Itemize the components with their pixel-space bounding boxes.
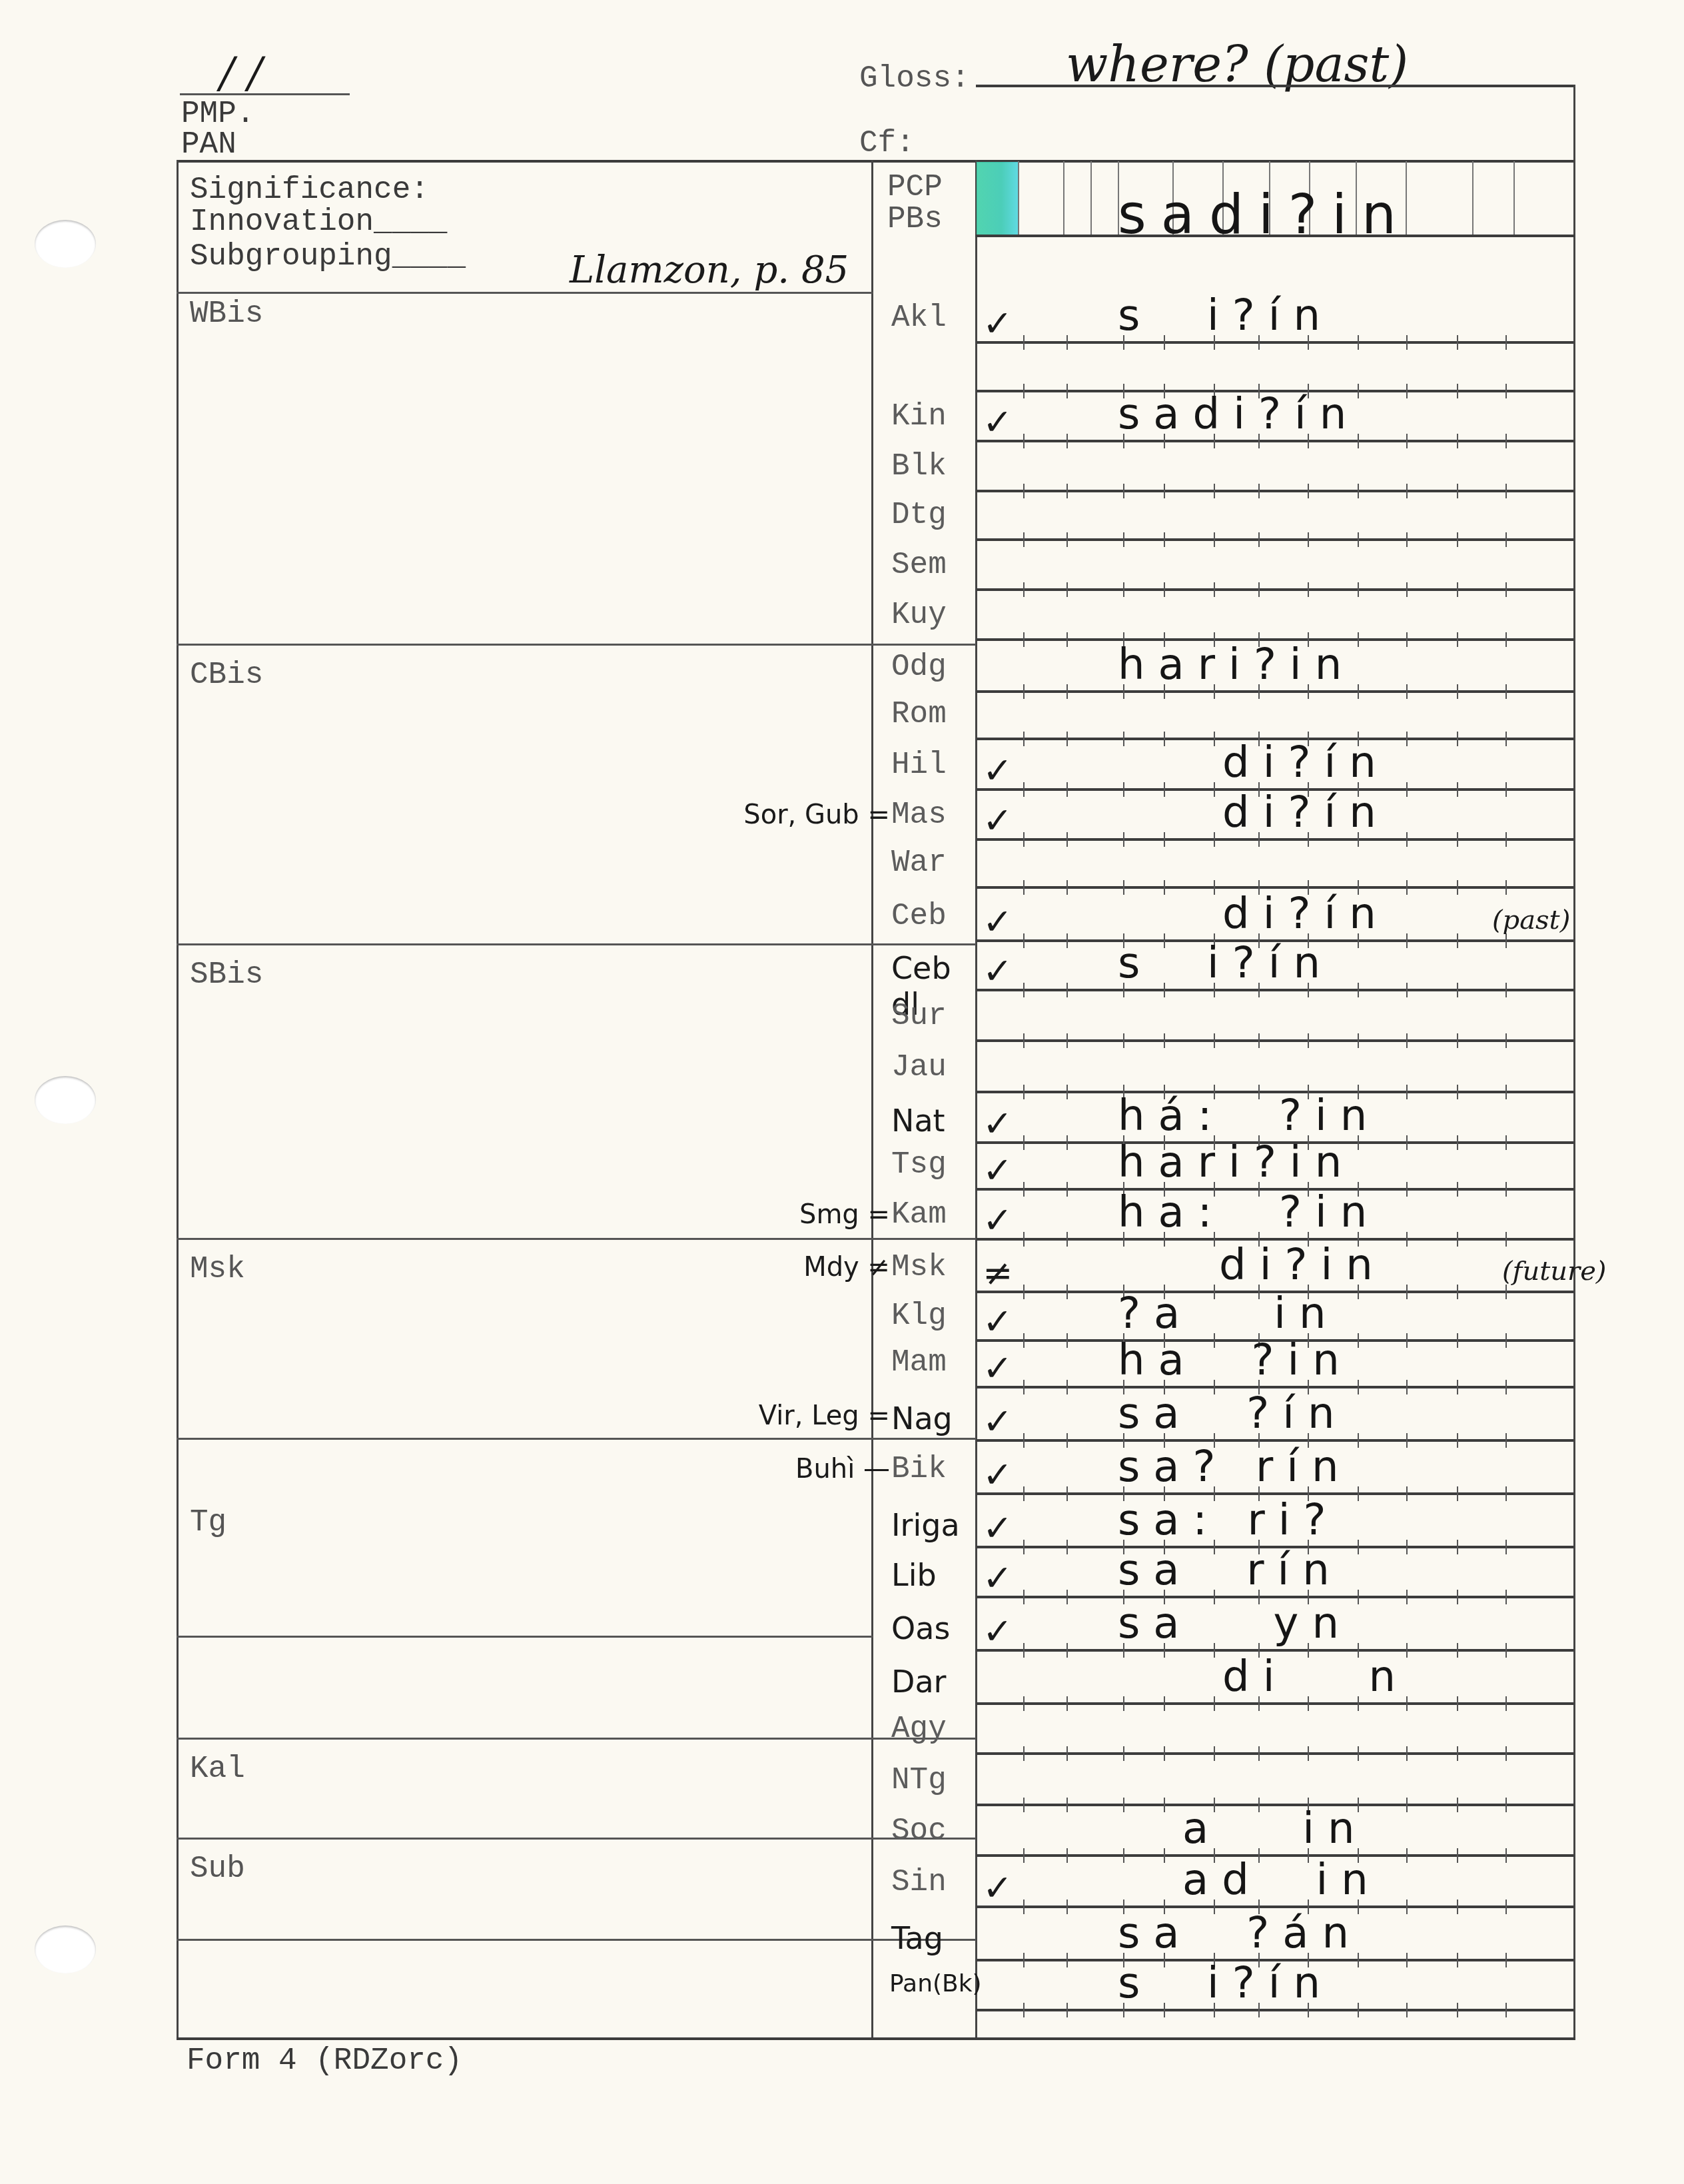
group-divider [177, 1238, 976, 1240]
cell-tick [1505, 983, 1507, 997]
cell-tick [1023, 1746, 1025, 1761]
cell-tick [1505, 532, 1507, 547]
cognate-form[interactable]: sa? rín [1118, 1446, 1352, 1488]
check-icon[interactable]: ✓ [983, 1557, 1013, 1599]
cognate-form[interactable]: hari?in [1118, 644, 1355, 686]
frame-left [177, 160, 179, 2040]
cell-tick [1457, 1380, 1458, 1394]
language-label: Bik [891, 1454, 978, 1484]
cell-tick [1066, 1590, 1068, 1604]
cell-tick [1164, 782, 1165, 797]
cell-divider [1018, 161, 1019, 236]
check-icon[interactable]: ✓ [983, 901, 1013, 943]
cell-tick [1457, 1232, 1458, 1247]
language-label: Dar [891, 1664, 978, 1700]
language-label: Sin [891, 1867, 978, 1898]
gloss-value[interactable]: where? (past) [1066, 40, 1408, 89]
cognate-form[interactable]: sa yn [1118, 1602, 1352, 1645]
cell-tick [1505, 632, 1507, 647]
group-divider [177, 943, 976, 945]
language-label: Sur [891, 1001, 978, 1031]
cell-tick [1023, 832, 1025, 847]
reconstruction-row-bottom [975, 235, 1575, 237]
cognate-form[interactable]: s i?ín [1118, 942, 1334, 985]
cell-tick [1308, 1033, 1309, 1048]
cell-tick [1258, 484, 1260, 498]
group-divider [177, 644, 976, 646]
cell-tick [1066, 434, 1068, 448]
group-label-sbis: SBis [190, 959, 263, 990]
cell-tick [1406, 1433, 1408, 1448]
cell-tick [1406, 2003, 1408, 2017]
equivalence-note: Mdy ≠ [803, 1252, 890, 1283]
cell-tick [1406, 1746, 1408, 1761]
check-icon[interactable]: ✓ [983, 1199, 1013, 1241]
cell-tick [1457, 632, 1458, 647]
cognate-form[interactable]: di?ín [1222, 792, 1390, 834]
cell-tick [1457, 983, 1458, 997]
cell-tick [1023, 384, 1025, 398]
significance-divider [177, 292, 873, 294]
cell-tick [1505, 1486, 1507, 1501]
check-icon[interactable]: ✓ [983, 1867, 1013, 1909]
cell-tick [1457, 582, 1458, 597]
cell-tick [1066, 1900, 1068, 1914]
group-divider [177, 1438, 976, 1440]
cell-tick [1406, 1033, 1408, 1048]
cell-tick [1505, 1333, 1507, 1348]
cell-tick [1066, 1798, 1068, 1812]
cell-tick [1406, 880, 1408, 895]
cell-tick [1066, 1085, 1068, 1099]
cell-tick [1066, 933, 1068, 948]
cell-tick [1505, 1953, 1507, 1967]
cell-tick [1023, 782, 1025, 797]
cell-tick [1066, 684, 1068, 699]
cell-tick [1457, 1848, 1458, 1863]
cell-tick [1214, 880, 1215, 895]
cell-tick [1214, 532, 1215, 547]
subgrouping-label[interactable]: Subgrouping____ [190, 241, 466, 272]
check-icon[interactable]: ✓ [983, 1149, 1013, 1191]
cell-tick [1164, 532, 1165, 547]
cell-tick [1123, 1746, 1124, 1761]
cell-tick [1505, 1590, 1507, 1604]
cell-tick [1406, 1798, 1408, 1812]
language-label: Blk [891, 451, 978, 482]
cell-tick [1123, 1848, 1124, 1863]
cell-tick [1457, 1540, 1458, 1554]
cell-tick [1164, 832, 1165, 847]
cell-tick [1406, 484, 1408, 498]
cell-tick [1123, 484, 1124, 498]
cell-tick [1406, 1232, 1408, 1247]
cell-tick [1214, 1746, 1215, 1761]
cell-tick [1505, 1746, 1507, 1761]
cognate-form[interactable]: s i?ín [1118, 1962, 1334, 2005]
cognate-form[interactable]: sa ?án [1118, 1912, 1362, 1955]
cell-tick [1358, 1433, 1359, 1448]
cell-tick [1505, 484, 1507, 498]
cell-tick [1358, 335, 1359, 350]
cell-tick [1505, 1696, 1507, 1711]
cell-tick [1457, 1135, 1458, 1150]
frame-bottom [177, 2037, 1575, 2040]
form-id: Form 4 (RDZorc) [187, 2045, 462, 2076]
cell-tick [1066, 1135, 1068, 1150]
pcp-label: PCP [887, 172, 943, 203]
cognate-form[interactable]: a in [1182, 1808, 1368, 1850]
cell-tick [1308, 1746, 1309, 1761]
check-icon[interactable]: ✓ [983, 401, 1013, 443]
pbs-label: PBs [887, 204, 943, 235]
cell-tick [1023, 1540, 1025, 1554]
language-label: Oas [891, 1610, 978, 1646]
cell-tick [1406, 632, 1408, 647]
cell-tick [1066, 1746, 1068, 1761]
cell-tick [1457, 335, 1458, 350]
cell-tick [1066, 1696, 1068, 1711]
language-label: Hil [891, 750, 978, 780]
cell-tick [1358, 1540, 1359, 1554]
group-divider [177, 1838, 976, 1840]
cell-tick [1406, 1953, 1408, 1967]
cell-tick [1457, 1333, 1458, 1348]
not-cognate-icon[interactable]: ≠ [983, 1252, 1013, 1294]
language-label: Sem [891, 550, 978, 580]
cell-tick [1066, 1033, 1068, 1048]
cell-tick [1023, 1135, 1025, 1150]
cognate-form[interactable]: há: ?in [1118, 1095, 1380, 1137]
cell-tick [1066, 582, 1068, 597]
cell-tick [1505, 782, 1507, 797]
cell-divider [1513, 161, 1515, 236]
cognate-form[interactable]: di?ín [1222, 742, 1390, 784]
cell-tick [1505, 1033, 1507, 1048]
row-comment: (past) [1492, 905, 1570, 935]
cell-tick [1457, 1590, 1458, 1604]
highlight-marker [977, 162, 1018, 237]
cell-tick [1023, 2003, 1025, 2017]
cell-tick [1457, 1696, 1458, 1711]
cell-tick [1023, 1590, 1025, 1604]
cell-tick [1358, 1333, 1359, 1348]
cell-tick [1505, 880, 1507, 895]
cognate-form[interactable]: ?a in [1118, 1293, 1340, 1335]
cell-tick [1023, 732, 1025, 746]
check-icon[interactable]: ✓ [983, 302, 1013, 344]
cell-tick [1023, 1333, 1025, 1348]
source-note: Llamzon, p. 85 [570, 252, 849, 289]
cell-tick [1066, 983, 1068, 997]
cell-tick [1214, 832, 1215, 847]
cell-tick [1123, 1696, 1124, 1711]
cell-tick [1505, 1848, 1507, 1863]
cell-tick [1214, 782, 1215, 797]
language-label: Nag [891, 1400, 978, 1436]
cell-tick [1123, 732, 1124, 746]
cell-tick [1406, 1285, 1408, 1299]
reconstruction-marks: / / [220, 52, 262, 95]
cell-tick [1406, 1590, 1408, 1604]
cell-tick [1164, 1746, 1165, 1761]
check-icon[interactable]: ✓ [983, 1301, 1013, 1343]
check-icon[interactable]: ✓ [983, 800, 1013, 841]
cell-tick [1023, 1285, 1025, 1299]
cognate-form[interactable]: ha: ?in [1118, 1191, 1380, 1234]
cell-tick [1023, 933, 1025, 948]
cell-tick [1066, 1182, 1068, 1197]
cell-tick [1505, 1135, 1507, 1150]
language-label: Ceb [891, 901, 978, 931]
language-label: Tag [891, 1920, 978, 1956]
cell-tick [1358, 2003, 1359, 2017]
cell-tick [1023, 1380, 1025, 1394]
cell-tick [1023, 632, 1025, 647]
reconstruction-underline [180, 93, 350, 95]
language-label: Akl [891, 302, 978, 333]
cell-tick [1023, 1900, 1025, 1914]
cognate-form[interactable]: hari?in [1118, 1141, 1355, 1184]
cell-tick [1406, 1085, 1408, 1099]
cell-tick [1457, 1486, 1458, 1501]
cell-tick [1505, 384, 1507, 398]
cell-tick [1023, 582, 1025, 597]
cell-tick [1066, 782, 1068, 797]
language-label: War [891, 847, 978, 878]
cell-tick [1358, 532, 1359, 547]
cell-tick [1164, 732, 1165, 746]
cell-tick [1505, 1540, 1507, 1554]
cell-tick [1505, 1285, 1507, 1299]
cell-tick [1406, 1135, 1408, 1150]
cognate-form[interactable]: ad in [1182, 1859, 1382, 1902]
language-label: Agy [891, 1714, 978, 1744]
cell-tick [1023, 1953, 1025, 1967]
cell-tick [1023, 1696, 1025, 1711]
cell-tick [1164, 1798, 1165, 1812]
cell-tick [1505, 1643, 1507, 1658]
cell-tick [1406, 335, 1408, 350]
cell-tick [1406, 782, 1408, 797]
cell-tick [1023, 684, 1025, 699]
cell-tick [1457, 1953, 1458, 1967]
cell-tick [1457, 1085, 1458, 1099]
cell-tick [1066, 484, 1068, 498]
cell-tick [1406, 1333, 1408, 1348]
cell-tick [1023, 1798, 1025, 1812]
cognate-form[interactable]: sa ?ín [1118, 1392, 1348, 1435]
cell-tick [1066, 1380, 1068, 1394]
language-label: Klg [891, 1301, 978, 1331]
cell-tick [1358, 983, 1359, 997]
cell-tick [1457, 1643, 1458, 1658]
cell-tick [1505, 434, 1507, 448]
cell-tick [1023, 434, 1025, 448]
check-icon[interactable]: ✓ [983, 950, 1013, 992]
cell-tick [1457, 484, 1458, 498]
cell-tick [1023, 983, 1025, 997]
cell-tick [1023, 1486, 1025, 1501]
cell-tick [1505, 1900, 1507, 1914]
binder-hole-middle [35, 1076, 96, 1124]
cell-tick [1457, 732, 1458, 746]
language-label: Mam [891, 1347, 978, 1378]
cell-tick [1066, 732, 1068, 746]
cognate-form[interactable]: s i?ín [1118, 294, 1334, 337]
group-label-sub: Sub [190, 1854, 245, 1884]
cell-tick [1457, 1798, 1458, 1812]
cell-tick [1258, 532, 1260, 547]
language-label: Pan(Bk) [889, 1970, 976, 1997]
group-label-wbis: WBis [190, 298, 263, 329]
group-divider [177, 1636, 873, 1638]
equivalence-note: Sor, Gub = [743, 800, 890, 830]
cell-tick [1505, 1232, 1507, 1247]
cell-tick [1023, 1182, 1025, 1197]
cell-tick [1358, 1486, 1359, 1501]
cell-tick [1123, 782, 1124, 797]
cell-tick [1457, 384, 1458, 398]
gloss-label: Gloss: [859, 63, 970, 94]
label-column-left [871, 160, 873, 2040]
cell-tick [1406, 384, 1408, 398]
cell-tick [1164, 1033, 1165, 1048]
cell-tick [1023, 1848, 1025, 1863]
group-divider [177, 1939, 976, 1941]
language-label: Kuy [891, 600, 978, 630]
frame-right [1573, 85, 1575, 2040]
cell-tick [1066, 1540, 1068, 1554]
innovation-label[interactable]: Innovation____ [190, 207, 447, 237]
cell-tick [1457, 1182, 1458, 1197]
cell-tick [1214, 1033, 1215, 1048]
cognate-form[interactable]: di?ín [1222, 893, 1390, 935]
cell-tick [1258, 582, 1260, 597]
cell-tick [1123, 832, 1124, 847]
check-icon[interactable]: ✓ [983, 1454, 1013, 1496]
cell-tick [1457, 532, 1458, 547]
cognate-form[interactable]: di?in [1219, 1244, 1386, 1287]
equivalence-note: Smg = [799, 1199, 890, 1230]
group-label-tg: Tg [190, 1507, 226, 1538]
cell-tick [1406, 1900, 1408, 1914]
cell-tick [1164, 484, 1165, 498]
cell-tick [1505, 1798, 1507, 1812]
cognate-form[interactable]: di n [1222, 1656, 1409, 1698]
cell-tick [1023, 1433, 1025, 1448]
cell-tick [1406, 732, 1408, 746]
cell-tick [1505, 1380, 1507, 1394]
binder-hole-bottom [35, 1925, 96, 1973]
cell-tick [1123, 582, 1124, 597]
language-label: Kam [891, 1199, 978, 1230]
cell-tick [1214, 732, 1215, 746]
cell-tick [1123, 1033, 1124, 1048]
check-icon[interactable]: ✓ [983, 750, 1013, 792]
cell-tick [1066, 335, 1068, 350]
group-divider [177, 1738, 976, 1740]
significance-title: Significance: [190, 175, 429, 205]
cell-tick [1023, 1232, 1025, 1247]
cell-tick [1066, 632, 1068, 647]
cell-tick [1123, 532, 1124, 547]
cell-divider [1472, 161, 1473, 236]
cell-tick [1123, 1798, 1124, 1812]
cell-tick [1358, 1033, 1359, 1048]
language-label: NTg [891, 1765, 978, 1796]
cell-tick [1023, 335, 1025, 350]
cell-tick [1023, 880, 1025, 895]
language-label: Mas [891, 800, 978, 830]
cell-tick [1023, 1033, 1025, 1048]
cell-tick [1066, 1232, 1068, 1247]
cell-tick [1164, 1696, 1165, 1711]
language-label: Jau [891, 1052, 978, 1083]
cell-tick [1457, 2003, 1458, 2017]
cognate-form[interactable]: sa: ri? [1118, 1499, 1340, 1542]
language-label: Lib [891, 1557, 978, 1593]
cell-tick [1406, 1540, 1408, 1554]
check-icon[interactable]: ✓ [983, 1103, 1013, 1145]
cell-tick [1406, 582, 1408, 597]
language-label: Nat [891, 1103, 978, 1139]
cell-tick [1406, 1182, 1408, 1197]
cell-tick [1066, 1433, 1068, 1448]
cognate-form[interactable]: ha ?in [1118, 1339, 1353, 1382]
language-label: Odg [891, 652, 978, 682]
cell-tick [1358, 484, 1359, 498]
cell-tick [1023, 1085, 1025, 1099]
cell-tick [1457, 684, 1458, 699]
language-label: Kin [891, 401, 978, 432]
cell-tick [1066, 1848, 1068, 1863]
cell-tick [1505, 2003, 1507, 2017]
cell-tick [1457, 1433, 1458, 1448]
cell-tick [1457, 1900, 1458, 1914]
cell-tick [1358, 632, 1359, 647]
cell-tick [1457, 933, 1458, 948]
cell-tick [1457, 1033, 1458, 1048]
cell-tick [1406, 684, 1408, 699]
check-icon[interactable]: ✓ [983, 1610, 1013, 1652]
cell-tick [1406, 983, 1408, 997]
gloss-underline [976, 85, 1575, 87]
cell-tick [1066, 880, 1068, 895]
row-comment: (future) [1502, 1256, 1606, 1287]
cell-tick [1505, 1433, 1507, 1448]
cell-tick [1023, 484, 1025, 498]
cell-tick [1457, 1746, 1458, 1761]
cell-tick [1066, 1285, 1068, 1299]
cognate-form[interactable]: sa rín [1118, 1549, 1343, 1592]
pan-label: PAN [181, 129, 236, 160]
cell-divider [1090, 161, 1092, 236]
cognate-form[interactable]: sadi?ín [1118, 393, 1360, 436]
pmp-label: PMP. [181, 99, 254, 129]
cell-tick [1358, 684, 1359, 699]
cell-tick [1308, 532, 1309, 547]
cell-tick [1023, 1643, 1025, 1658]
cell-tick [1457, 880, 1458, 895]
cf-label: Cf: [859, 128, 915, 159]
equivalence-note: Vir, Leg = [759, 1400, 890, 1431]
cell-tick [1066, 532, 1068, 547]
check-icon[interactable]: ✓ [983, 1507, 1013, 1549]
cell-tick [1406, 1486, 1408, 1501]
check-icon[interactable]: ✓ [983, 1400, 1013, 1442]
check-icon[interactable]: ✓ [983, 1347, 1013, 1389]
